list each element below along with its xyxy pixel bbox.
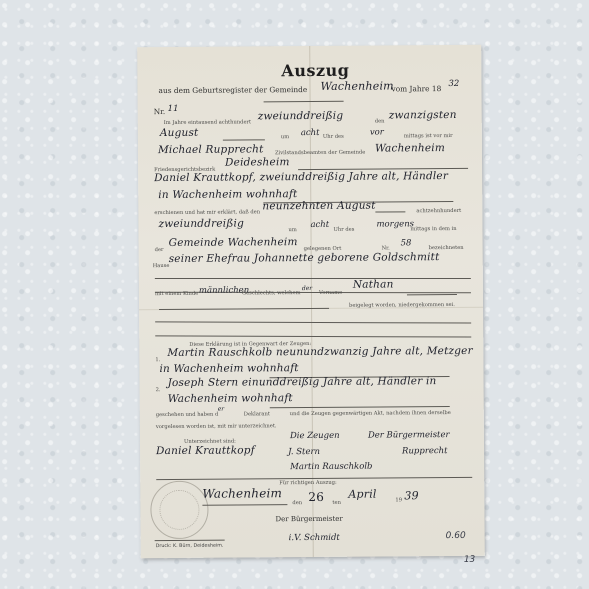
subtitle-municipality: Wachenheim xyxy=(320,79,393,93)
line2-hand-period: vor xyxy=(370,127,384,137)
line1-hand-year: zweiunddreißig xyxy=(258,110,344,123)
line2-hand-month: August xyxy=(160,127,199,139)
record-number: 11 xyxy=(168,104,179,114)
line4-hand-district: Deidesheim xyxy=(225,156,290,168)
signature-witness1: Martin Rauschkolb xyxy=(290,462,372,473)
signature-mayor: Rupprecht xyxy=(402,446,448,456)
closing-print-b: Deklarant xyxy=(244,411,270,417)
line1-den: den xyxy=(375,118,385,124)
declarant-line: Daniel Krauttkopf, zweiunddreißig Jahre … xyxy=(154,170,448,184)
fill-line xyxy=(375,211,405,212)
line2-hand-hour: acht xyxy=(301,128,320,138)
pencil-fee-note: 0.60 xyxy=(446,531,466,541)
certification-mayor-title: Der Bürgermeister xyxy=(275,515,342,523)
fill-line xyxy=(407,294,457,295)
certification-year-suffix: 39 xyxy=(404,489,418,502)
line8-hand-year: zweiunddreißig xyxy=(158,217,244,230)
witness1-line-a: Martin Rauschkolb neunundzwanzig Jahre a… xyxy=(167,345,473,359)
certification-label: Für richtigen Auszug: xyxy=(279,480,337,486)
line1-print: Im Jahre eintausend achthundert xyxy=(164,119,251,126)
line11-print-b: Geschlechts, welchem xyxy=(242,290,301,296)
fill-line xyxy=(202,504,287,506)
certification-place: Wachenheim xyxy=(202,486,282,501)
witness1-line-b: in Wachenheim wohnhaft xyxy=(159,362,298,375)
child-first-name: Nathan xyxy=(353,278,394,290)
line1-hand-day: zwanzigsten xyxy=(389,109,457,121)
line8-rest: mittags in dem in xyxy=(410,226,456,232)
line12-print: beigelegt worden, niedergekommen sei. xyxy=(349,302,455,309)
closing-print-a: geschehen und haben d xyxy=(156,412,219,418)
printer-imprint: Druck: K. Bürn, Deidesheim. xyxy=(156,544,224,549)
line8-um: um xyxy=(288,227,296,233)
subtitle-year-suffix: 32 xyxy=(448,79,459,89)
line8-hand-hour: acht xyxy=(310,220,329,230)
fill-line xyxy=(155,278,471,279)
line10-hause: Hause xyxy=(153,263,170,269)
document-title: Auszug xyxy=(281,61,349,80)
witness2-line-a: Joseph Stern einunddreißig Jahre alt, Hä… xyxy=(168,375,437,389)
line7-print-a: erschienen und hat mir erklärt, daß den xyxy=(154,209,260,216)
subtitle-prefix: aus dem Geburtsregister der Gemeinde xyxy=(158,85,307,95)
line2-uhr: Uhr des xyxy=(323,134,344,140)
fill-line xyxy=(155,335,471,337)
pencil-page-number: 13 xyxy=(464,555,476,565)
record-number-label: Nr. xyxy=(154,107,166,116)
line7-hand-date: neunzehnten August xyxy=(262,200,375,213)
mother-line: seiner Ehefrau Johannette geborene Golds… xyxy=(169,251,440,265)
witness2-line-b: Wachenheim wohnhaft xyxy=(168,392,293,405)
witness2-number: 2. xyxy=(156,387,161,393)
title-divider xyxy=(264,101,344,103)
signature-witness2: J. Stern xyxy=(288,447,320,457)
signature-declarant: Daniel Krauttkopf xyxy=(156,444,255,457)
signature-mayor-label: Der Bürgermeister xyxy=(368,430,450,441)
birth-register-extract-document: Auszug aus dem Geburtsregister der Gemei… xyxy=(137,45,485,558)
line2-rest: mittags ist vor mir xyxy=(404,133,453,139)
line11-print-a: mit einem Kinde xyxy=(155,291,198,297)
line3-hand-official: Michael Rupprecht xyxy=(158,143,264,156)
line7-print-b: achtzehnhundert xyxy=(416,208,461,214)
closing-print-line2: vorgelesen worden ist, mit mir unterzeic… xyxy=(156,423,277,430)
certification-year-prefix: 19 xyxy=(395,497,402,503)
line9-house-number: 58 xyxy=(401,238,412,248)
printer-line xyxy=(155,540,225,541)
fill-line xyxy=(223,139,265,140)
fill-line xyxy=(159,308,329,310)
certification-den: den xyxy=(292,500,302,506)
line9-der: der xyxy=(155,247,164,253)
signature-witnesses-label: Die Zeugen xyxy=(290,431,340,441)
line9-hand-place: Gemeinde Wachenheim xyxy=(169,236,298,249)
line11-print-c: Vorname xyxy=(319,290,342,296)
closing-hand: er xyxy=(218,406,224,413)
line11-hand-der: der xyxy=(302,285,312,292)
subtitle-year-label: vom Jahre 18 xyxy=(391,84,441,93)
line3-hand-place: Wachenheim xyxy=(375,142,445,154)
line8-uhr: Uhr des xyxy=(333,227,354,233)
certification-day: 26 xyxy=(308,490,324,504)
certification-mayor-signature: i.V. Schmidt xyxy=(289,533,340,543)
fill-line xyxy=(155,321,471,323)
official-seal-stamp xyxy=(150,481,208,539)
certification-month: April xyxy=(348,488,376,501)
line2-um: um xyxy=(281,134,289,140)
declarant-residence: in Wachenheim wohnhaft xyxy=(158,188,297,201)
certification-ten: ten xyxy=(332,500,341,506)
line8-hand-period: morgens xyxy=(376,219,414,229)
fill-line xyxy=(270,406,450,408)
closing-print-c: und die Zeugen gegenwärtigen Akt, nachde… xyxy=(290,410,451,417)
